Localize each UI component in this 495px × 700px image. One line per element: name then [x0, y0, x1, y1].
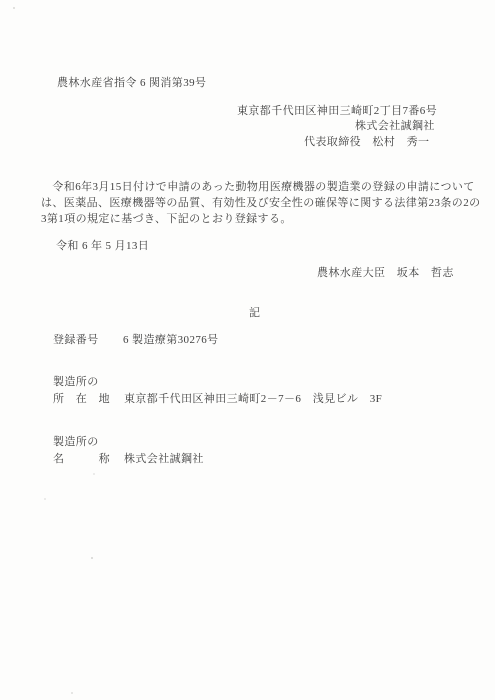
site-address-label: 所 在 地 [53, 392, 110, 407]
site-address-label-top: 製造所の [53, 375, 99, 390]
site-name-value: 株式会社誠鋼社 [124, 452, 204, 467]
signer-name: 農林水産大臣 坂本 哲志 [317, 266, 454, 281]
site-name-label: 名 称 [53, 452, 110, 467]
site-name-label-top: 製造所の [53, 435, 99, 450]
scan-speck [44, 498, 46, 500]
issue-date: 令和 6 年 5 月13日 [56, 239, 149, 254]
document-number: 農林水産省指令 6 関消第39号 [57, 76, 206, 91]
recipient-address: 東京都千代田区神田三崎町2丁目7番6号 [237, 104, 437, 119]
registration-number-label: 登録番号 [53, 333, 99, 348]
section-marker: 記 [249, 306, 260, 321]
scan-speck [13, 7, 15, 9]
scan-speck [71, 692, 73, 694]
scanned-document-page: 農林水産省指令 6 関消第39号 東京都千代田区神田三崎町2丁目7番6号 株式会… [0, 0, 495, 700]
scan-speck [93, 473, 95, 475]
body-line-2: は、医薬品、医療機器等の品質、有効性及び安全性の確保等に関する法律第23条の2の [41, 195, 465, 211]
body-paragraph: 令和6年3月15日付けで申請のあった動物用医療機器の製造業の登録の申請について … [41, 179, 465, 227]
recipient-representative: 代表取締役 松村 秀一 [304, 135, 429, 150]
scan-speck [91, 557, 93, 559]
body-line-1: 令和6年3月15日付けで申請のあった動物用医療機器の製造業の登録の申請について [41, 179, 465, 195]
recipient-company: 株式会社誠鋼社 [355, 119, 435, 134]
site-address-value: 東京都千代田区神田三崎町2－7－6 浅見ビル 3F [124, 392, 382, 407]
registration-number-value: 6 製造療第30276号 [123, 333, 219, 348]
body-line-3: 3第1項の規定に基づき、下記のとおり登録する。 [41, 211, 465, 227]
